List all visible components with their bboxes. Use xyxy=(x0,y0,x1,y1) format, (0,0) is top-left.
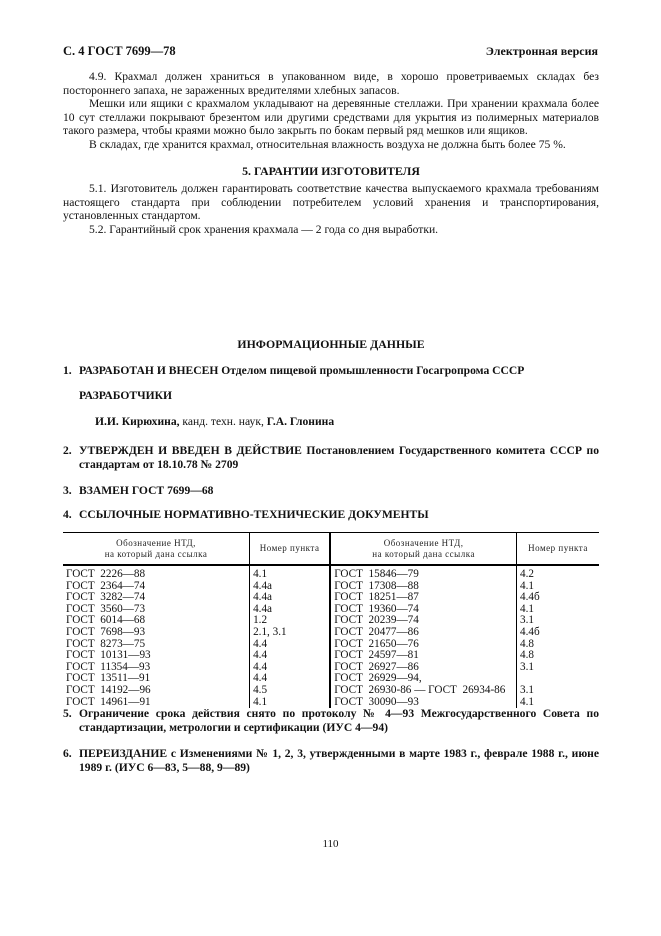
clause-number-cell: 3.1 xyxy=(517,662,600,674)
clause-number-cell: 4.1 xyxy=(250,565,331,581)
info-item-3: 3.ВЗАМЕН ГОСТ 7699—68 xyxy=(63,484,599,498)
developers-list: И.И. Кирюхина, канд. техн. наук, Г.А. Гл… xyxy=(63,415,631,429)
clause-number-cell: 4.4б xyxy=(517,627,600,639)
ntd-designation-cell: ГОСТ 10131—93 xyxy=(63,650,250,662)
developers-label: РАЗРАБОТЧИКИ xyxy=(63,389,615,403)
clause-number-cell: 3.1 xyxy=(517,685,600,697)
paragraph-4-9: 4.9. Крахмал должен храниться в упакован… xyxy=(63,70,599,97)
info-item-1: 1.РАЗРАБОТАН И ВНЕСЕН Отделом пищевой пр… xyxy=(63,364,599,378)
table-row: ГОСТ 14192—964.5ГОСТ 26930-86 — ГОСТ 269… xyxy=(63,685,599,697)
info-title: ИНФОРМАЦИОННЫЕ ДАННЫЕ xyxy=(63,337,599,352)
header-doc-right: Обозначение НТД,на который дана ссылка xyxy=(330,533,516,566)
table-row: ГОСТ 10131—934.4ГОСТ 24597—814.8 xyxy=(63,650,599,662)
running-header-right: Электронная версия xyxy=(486,44,598,59)
info-item-6: 6.ПЕРЕИЗДАНИЕ с Изменениями № 1, 2, 3, у… xyxy=(63,747,599,775)
paragraph-humidity: В складах, где хранится крахмал, относит… xyxy=(63,138,599,152)
table-header-row: Обозначение НТД,на который дана ссылка Н… xyxy=(63,533,599,566)
paragraph-shelving: Мешки или ящики с крахмалом укладывают н… xyxy=(63,97,599,138)
ntd-designation-cell: ГОСТ 24597—81 xyxy=(330,650,516,662)
clause-number-cell: 2.1, 3.1 xyxy=(250,627,331,639)
item-6-text: ПЕРЕИЗДАНИЕ с Изменениями № 1, 2, 3, утв… xyxy=(79,747,599,775)
table-row: ГОСТ 7698—932.1, 3.1ГОСТ 20477—864.4б xyxy=(63,627,599,639)
ntd-designation-cell: ГОСТ 15846—79 xyxy=(330,565,516,581)
running-header-left: С. 4 ГОСТ 7699—78 xyxy=(63,44,176,59)
storage-section: 4.9. Крахмал должен храниться в упакован… xyxy=(63,70,599,152)
info-item-2: 2.УТВЕРЖДЕН И ВВЕДЕН В ДЕЙСТВИЕ Постанов… xyxy=(63,444,599,472)
paragraph-5-2: 5.2. Гарантийный срок хранения крахмала … xyxy=(63,223,599,237)
table-row: ГОСТ 2226—884.1ГОСТ 15846—794.2 xyxy=(63,565,599,581)
reference-documents-table: Обозначение НТД,на который дана ссылка Н… xyxy=(63,532,599,708)
header-doc-left: Обозначение НТД,на который дана ссылка xyxy=(63,533,250,566)
paragraph-5-1: 5.1. Изготовитель должен гарантировать с… xyxy=(63,182,599,223)
ntd-designation-cell: ГОСТ 14192—96 xyxy=(63,685,250,697)
clause-number-cell: 4.2 xyxy=(517,565,600,581)
header-clause-right: Номер пункта xyxy=(517,533,600,566)
ntd-designation-cell: ГОСТ 2226—88 xyxy=(63,565,250,581)
page-number: 110 xyxy=(0,838,661,850)
clause-number-cell: 4.5 xyxy=(250,685,331,697)
item-2-text: УТВЕРЖДЕН И ВВЕДЕН В ДЕЙСТВИЕ Постановле… xyxy=(79,444,599,472)
info-item-5: 5.Ограничение срока действия снято по пр… xyxy=(63,707,599,735)
header-clause-left: Номер пункта xyxy=(250,533,331,566)
clause-number-cell: 4.8 xyxy=(517,650,600,662)
section-5-title: 5. ГАРАНТИИ ИЗГОТОВИТЕЛЯ xyxy=(63,164,599,179)
item-5-text: Ограничение срока действия снято по прот… xyxy=(79,707,599,735)
ntd-designation-cell: ГОСТ 7698—93 xyxy=(63,627,250,639)
ntd-designation-cell: ГОСТ 26930-86 — ГОСТ 26934-86 xyxy=(330,685,516,697)
ntd-designation-cell: ГОСТ 20477—86 xyxy=(330,627,516,639)
clause-number-cell: 4.4 xyxy=(250,650,331,662)
section-5-body: 5.1. Изготовитель должен гарантировать с… xyxy=(63,182,599,236)
item-1-text: РАЗРАБОТАН И ВНЕСЕН Отделом пищевой пром… xyxy=(79,364,524,377)
info-item-4: 4.ССЫЛОЧНЫЕ НОРМАТИВНО-ТЕХНИЧЕСКИЕ ДОКУМ… xyxy=(63,508,599,522)
